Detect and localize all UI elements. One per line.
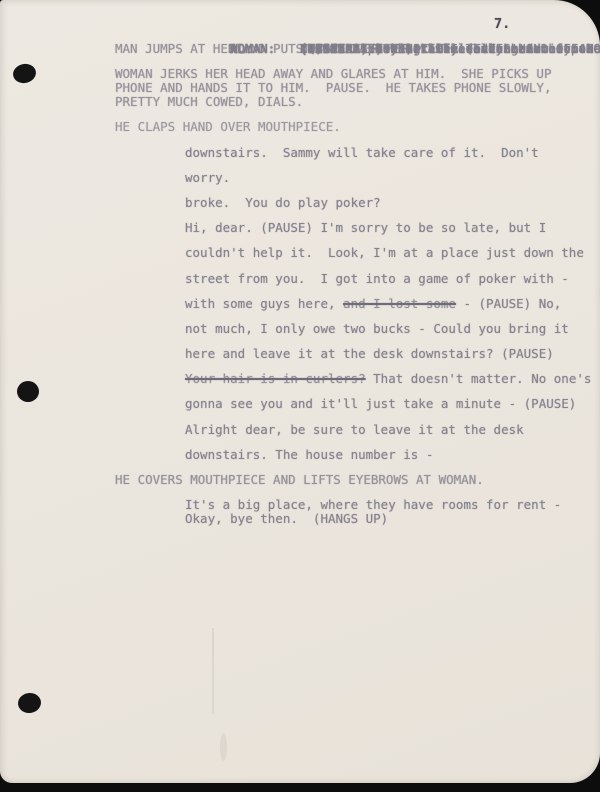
dialogue-text: It's a big place, where they have rooms … xyxy=(185,498,600,511)
dialogue-text: here and leave it at the desk downstairs… xyxy=(185,347,600,360)
stage-direction-text: HE CLAPS HAND OVER MOUTHPIECE. xyxy=(115,120,600,133)
script-line: Your hair is in curlers? That doesn't ma… xyxy=(0,372,600,397)
dialogue-text: Alright dear, be sure to leave it at the… xyxy=(185,423,600,436)
text-segment: (UNCOVERS MOUTHPIECE) The number is 1469… xyxy=(300,41,600,56)
hole-punch xyxy=(17,381,39,402)
dialogue-text: Hi, dear. (PAUSE) I'm sorry to be so lat… xyxy=(185,221,600,234)
struck-text: and I lost some xyxy=(343,296,456,311)
script-line: Hi, dear. (PAUSE) I'm sorry to be so lat… xyxy=(0,221,600,246)
dialogue-text: (UNCOVERS MOUTHPIECE) The number is 1469… xyxy=(300,42,600,55)
text-segment: here and leave it at the desk downstairs… xyxy=(185,346,554,361)
struck-text: Your hair is in curlers? xyxy=(185,371,366,386)
script-line: WOMAN JERKS HER HEAD AWAY AND GLARES AT … xyxy=(0,67,600,81)
dialogue-text: with some guys here, and I lost some - (… xyxy=(185,297,600,310)
dialogue-text: Okay, bye then. (HANGS UP) xyxy=(185,512,600,525)
text-segment: gonna see you and it'll just take a minu… xyxy=(185,396,576,411)
stage-direction-text: HE COVERS MOUTHPIECE AND LIFTS EYEBROWS … xyxy=(115,473,600,486)
text-segment: HE COVERS MOUTHPIECE AND LIFTS EYEBROWS … xyxy=(115,472,484,487)
text-segment: It's a big place, where they have rooms … xyxy=(185,497,561,512)
text-segment: - (PAUSE) No, xyxy=(456,296,561,311)
script-line: HE COVERS MOUTHPIECE AND LIFTS EYEBROWS … xyxy=(0,473,600,498)
speaker-label: AL: xyxy=(230,42,253,55)
dialogue-text: broke. You do play poker? xyxy=(185,196,600,209)
paper-smudge xyxy=(220,733,227,761)
text-segment: HE CLAPS HAND OVER MOUTHPIECE. xyxy=(115,119,341,134)
text-segment: downstairs. The house number is - xyxy=(185,447,433,462)
script-line: with some guys here, and I lost some - (… xyxy=(0,297,600,322)
dialogue-text: gonna see you and it'll just take a minu… xyxy=(185,397,600,410)
script-body: AL:(YANKS AT DOOR) Let me out! Let me ou… xyxy=(0,42,600,537)
script-line: downstairs. The house number is - xyxy=(0,448,600,473)
dialogue-text: worry. xyxy=(185,171,600,184)
stage-direction-text: WOMAN JERKS HER HEAD AWAY AND GLARES AT … xyxy=(115,67,600,80)
dialogue-text: couldn't help it. Look, I'm at a place j… xyxy=(185,246,600,259)
text-segment: street from you. I got into a game of po… xyxy=(185,271,569,286)
stage-direction-text: PHONE AND HANDS IT TO HIM. PAUSE. HE TAK… xyxy=(115,81,600,94)
script-line: here and leave it at the desk downstairs… xyxy=(0,347,600,372)
script-line: It's a big place, where they have rooms … xyxy=(0,498,600,512)
text-segment: PHONE AND HANDS IT TO HIM. PAUSE. HE TAK… xyxy=(115,80,552,95)
script-line: street from you. I got into a game of po… xyxy=(0,272,600,297)
script-line: worry. xyxy=(0,171,600,196)
dialogue-text: downstairs. The house number is - xyxy=(185,448,600,461)
text-segment: broke. You do play poker? xyxy=(185,195,381,210)
text-segment: PRETTY MUCH COWED, DIALS. xyxy=(115,94,303,109)
text-segment: couldn't help it. Look, I'm at a place j… xyxy=(185,245,584,260)
stage-direction-text: PRETTY MUCH COWED, DIALS. xyxy=(115,95,600,108)
script-line: downstairs. Sammy will take care of it. … xyxy=(0,146,600,171)
text-segment: Alright dear, be sure to leave it at the… xyxy=(185,422,524,437)
script-line: Alright dear, be sure to leave it at the… xyxy=(0,423,600,448)
dialogue-text: street from you. I got into a game of po… xyxy=(185,272,600,285)
text-segment: Okay, bye then. (HANGS UP) xyxy=(185,511,388,526)
script-line: AL:(UNCOVERS MOUTHPIECE) The number is 1… xyxy=(115,42,600,67)
page-number: 7. xyxy=(494,16,510,32)
paper-sheet: 7. AL:(YANKS AT DOOR) Let me out! Let me… xyxy=(0,0,600,783)
script-line: Okay, bye then. (HANGS UP) xyxy=(0,512,600,537)
script-line: not much, I only owe two bucks - Could y… xyxy=(0,322,600,347)
script-line: couldn't help it. Look, I'm at a place j… xyxy=(0,246,600,271)
text-segment: WOMAN JERKS HER HEAD AWAY AND GLARES AT … xyxy=(115,66,552,81)
script-line: gonna see you and it'll just take a minu… xyxy=(0,397,600,422)
text-segment: with some guys here, xyxy=(185,296,343,311)
script-line: PHONE AND HANDS IT TO HIM. PAUSE. HE TAK… xyxy=(0,81,600,95)
text-segment: not much, I only owe two bucks - Could y… xyxy=(185,321,569,336)
text-segment: That doesn't matter. No one's xyxy=(366,371,592,386)
script-line: PRETTY MUCH COWED, DIALS. xyxy=(0,95,600,120)
scanned-script-page: 7. AL:(YANKS AT DOOR) Let me out! Let me… xyxy=(0,0,600,792)
text-segment: downstairs. Sammy will take care of it. … xyxy=(185,145,539,160)
dialogue-text: Your hair is in curlers? That doesn't ma… xyxy=(185,372,600,385)
paper-crease xyxy=(212,628,214,714)
dialogue-text: downstairs. Sammy will take care of it. … xyxy=(185,146,600,159)
text-segment: worry. xyxy=(185,170,230,185)
script-line: HE CLAPS HAND OVER MOUTHPIECE. xyxy=(0,120,600,145)
text-segment: Hi, dear. (PAUSE) I'm sorry to be so lat… xyxy=(185,220,546,235)
dialogue-text: not much, I only owe two bucks - Could y… xyxy=(185,322,600,335)
script-line: broke. You do play poker? xyxy=(0,196,600,221)
